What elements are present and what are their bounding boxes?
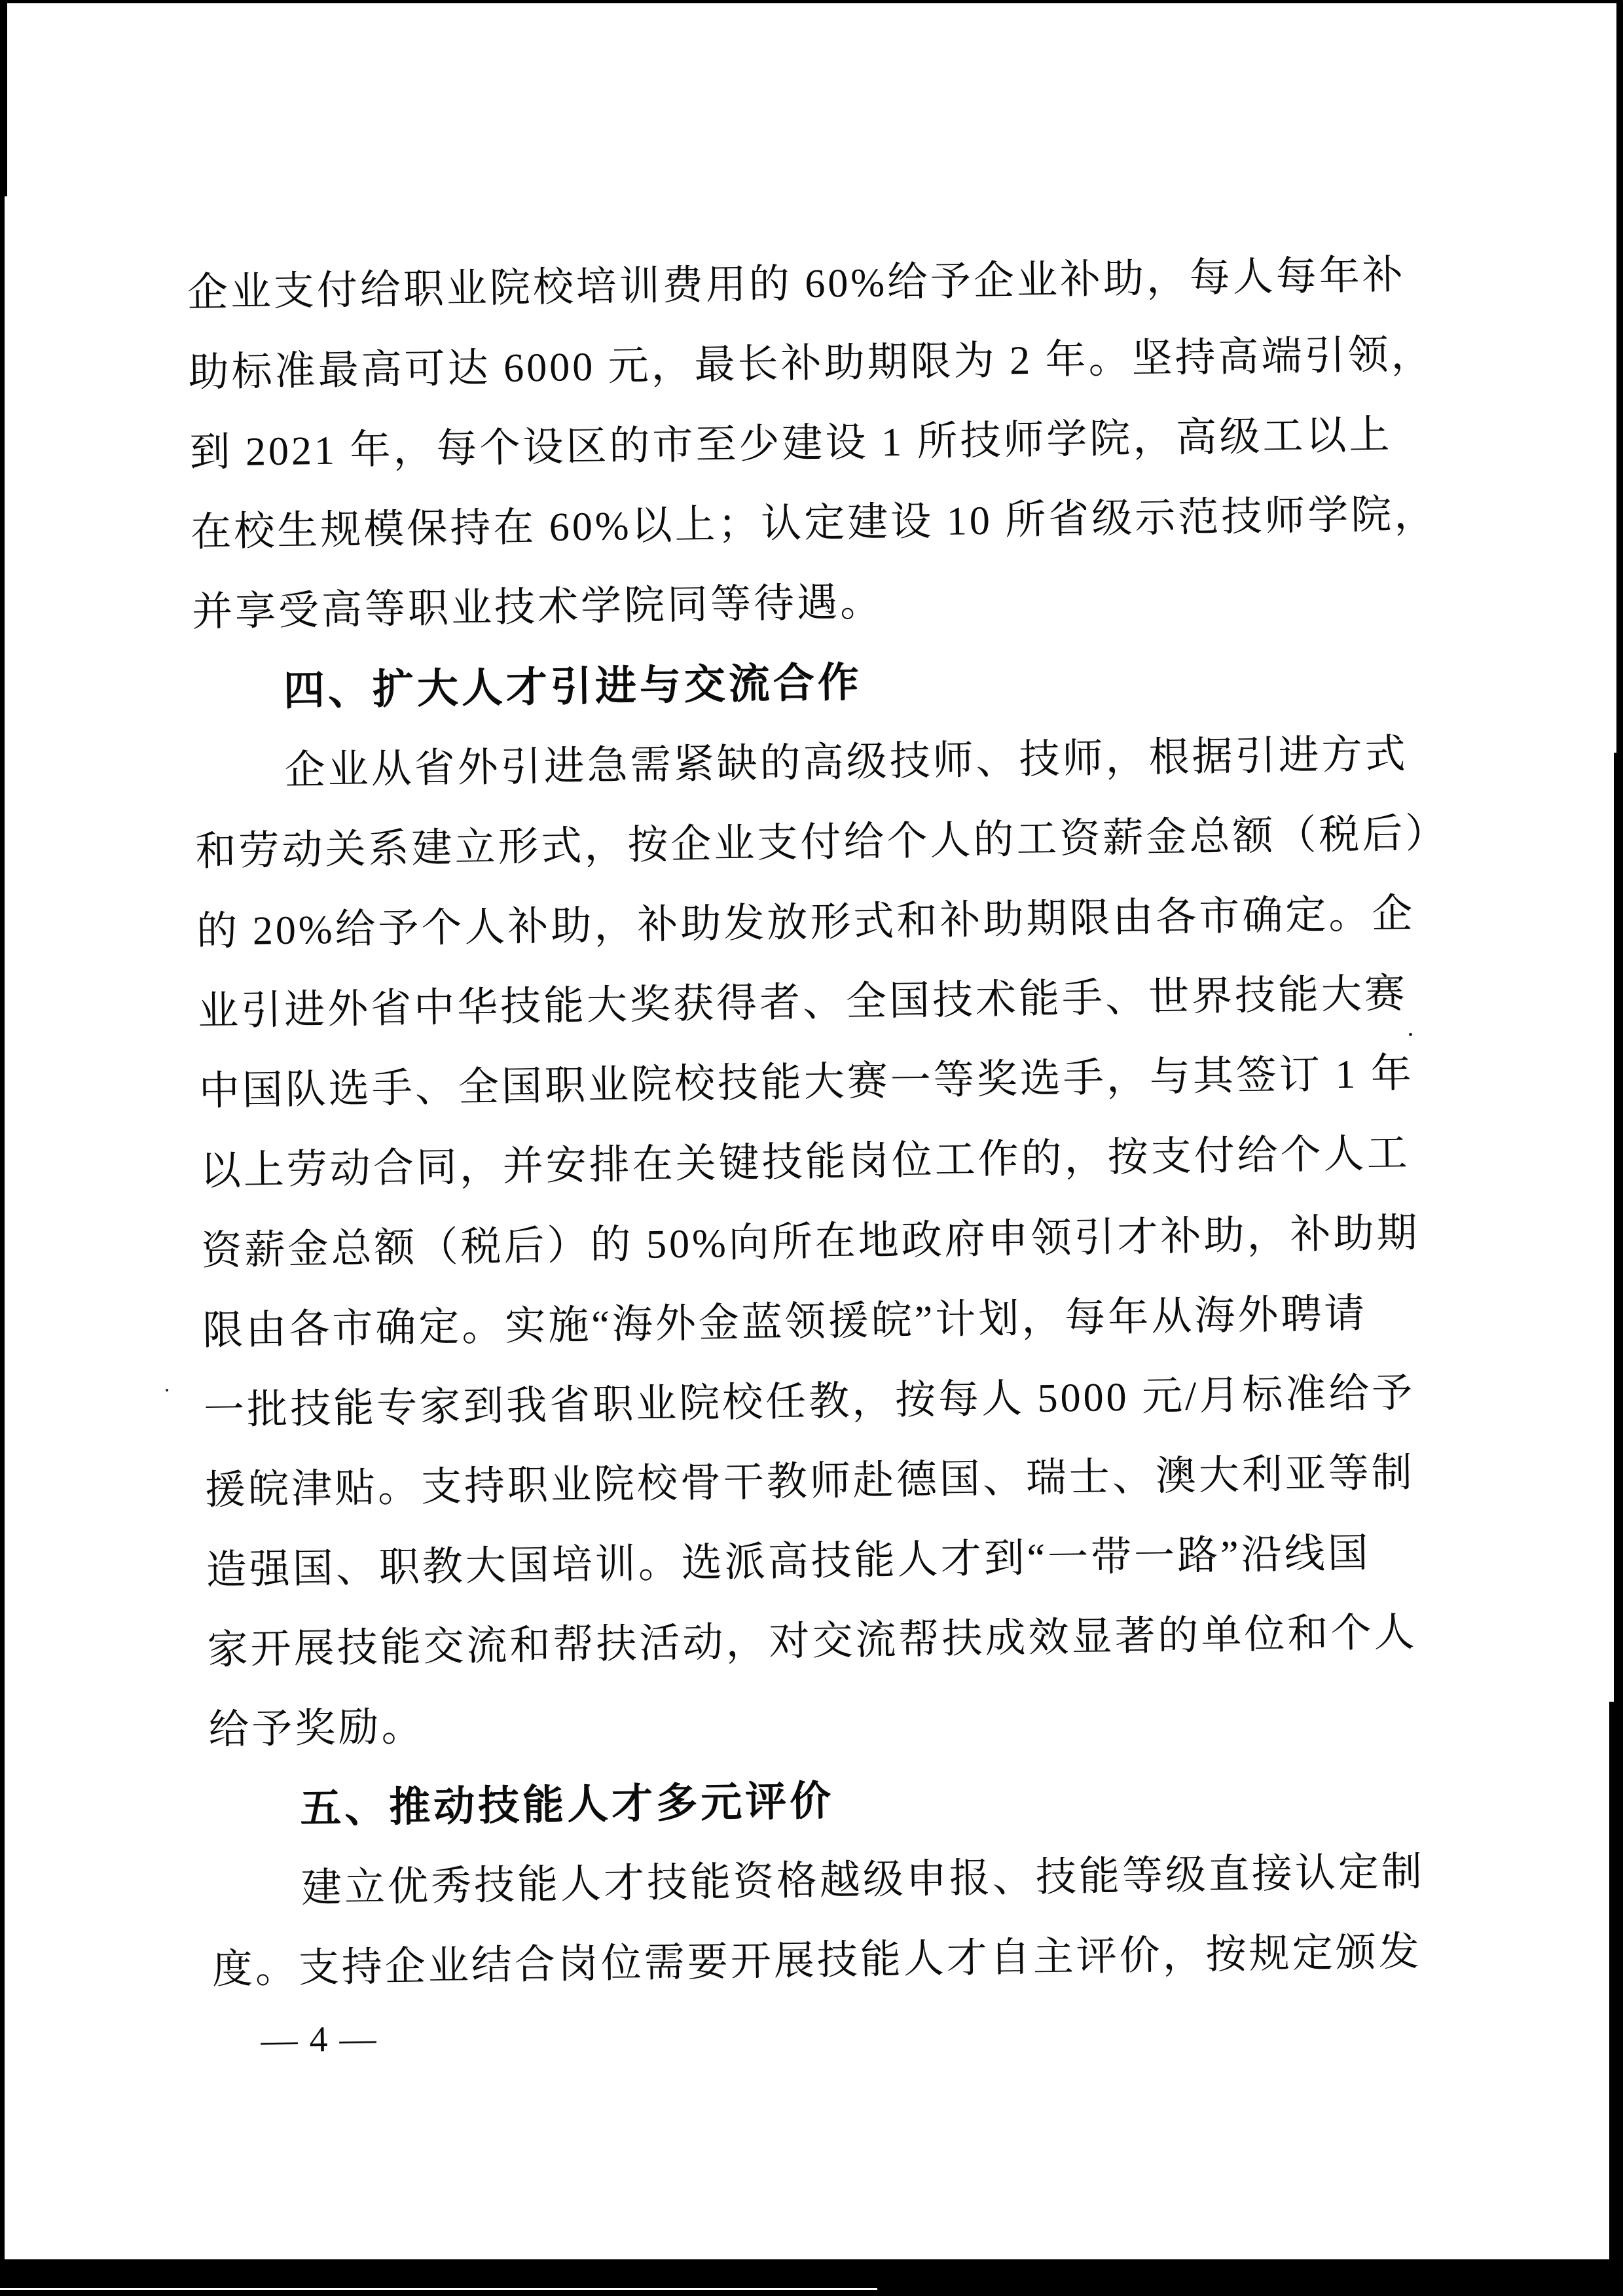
scanned-document-page: 企业支付给职业院校培训费用的 60%给予企业补助，每人每年补 助标准最高可达 6… [0,0,1623,2296]
page-number: — 4 — [261,2018,378,2062]
document-body: 企业支付给职业院校培训费用的 60%给予企业补助，每人每年补 助标准最高可达 6… [187,235,1470,2010]
scan-border-right [1614,753,1623,1702]
scan-border-bottom-gap [0,2288,877,2290]
scan-speck [166,1389,168,1391]
scan-border-top [0,0,1623,3]
scan-border-right [1609,1702,1623,2296]
scan-border-right [1616,0,1623,753]
scan-border-left [0,0,5,2296]
scan-border-left-thick [0,0,7,196]
scan-border-bottom [0,2259,1623,2296]
